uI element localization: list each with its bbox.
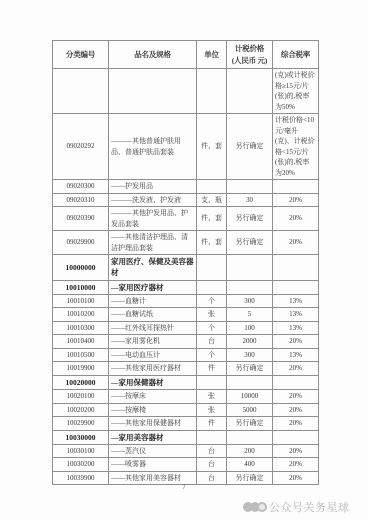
watermark: 公众号关务星球 [243,499,350,515]
cell-rate: 20% [273,207,319,231]
cell-rate [273,430,319,444]
cell-unit: 张 [197,403,227,417]
cell-rate [273,375,319,389]
cell-price: 5 [227,308,273,322]
cell-name: ——血糖计 [109,294,197,308]
cell-price [227,375,273,389]
cell-name [109,69,197,114]
table-row: 10010300——红外线耳探热针个10013% [53,321,319,335]
table-row: 09029900——其他清洁护理品、清洁护理品套装件、套另行确定20% [53,231,319,255]
cell-unit: 张 [197,390,227,404]
header-rate: 综合税率 [273,41,319,69]
table-row: 09020292———其他普通护肤用品、普通护肤品套装件、套另行确定计税价格<1… [53,114,319,180]
cell-rate: 20% [273,390,319,404]
cell-unit: 张 [197,308,227,322]
table-row: 10019900——其他家用医疗器材件另行确定20% [53,362,319,376]
cell-rate: 13% [273,294,319,308]
cell-unit: 件、套 [197,231,227,255]
cell-unit: 支、瓶 [197,193,227,207]
cell-rate: 计税价格<10元/毫升(克)、计税价格<15元/片(张)的,税率为20% [273,114,319,180]
table-row: 10020200——按摩椅张500020% [53,403,319,417]
cell-code: 09020390 [53,207,109,231]
cell-price: 30 [227,193,273,207]
cell-code: 10030100 [53,444,109,458]
cell-unit [197,255,227,281]
table-row: 09020390———其他护发用品、护发品套装件、套另行确定20% [53,207,319,231]
cell-rate: 20% [273,193,319,207]
cell-rate [273,255,319,281]
cell-unit: 件 [197,362,227,376]
table-row: 10020000—家用保健器材 [53,375,319,389]
cell-unit [197,280,227,294]
cell-price: 另行确定 [227,207,273,231]
cell-name: ——喷雾器 [109,458,197,472]
cell-unit: 台 [197,335,227,349]
cell-price [227,255,273,281]
cell-code [53,69,109,114]
cell-code: 09020292 [53,114,109,180]
cell-name: ——蒸汽仪 [109,444,197,458]
header-price: 计税价格 (人民币 元) [227,41,273,69]
watermark-text: 公众号关务星球 [269,499,350,515]
header-code: 分类编号 [53,41,109,69]
cell-rate: 20% [273,335,319,349]
cell-code: 09029900 [53,231,109,255]
tax-classification-table: 分类编号 品名及规格 单位 计税价格 (人民币 元) 综合税率 (克)或计税价格… [52,40,319,485]
cell-code: 10020100 [53,390,109,404]
table-row: 10010100——血糖计个30013% [53,294,319,308]
table-body: (克)或计税价格≥15元/片(张)的,税率为50%09020292———其他普通… [53,69,319,485]
cell-price [227,280,273,294]
cell-name: ———其他护发用品、护发品套装 [109,207,197,231]
cell-price: 200 [227,444,273,458]
cell-name: 家用医疗、保健及美容器材 [109,255,197,281]
table-row: 10010200——血糖试纸张513% [53,308,319,322]
watermark-logo [243,502,267,512]
table-row: 10030000—家用美容器材 [53,430,319,444]
cell-code: 10010400 [53,335,109,349]
cell-code: 10020000 [53,375,109,389]
cell-name: ——护发用品 [109,180,197,194]
table-header-row: 分类编号 品名及规格 单位 计税价格 (人民币 元) 综合税率 [53,41,319,69]
table-row: 10020100——按摩床张1000020% [53,390,319,404]
table-row: 09020300——护发用品 [53,180,319,194]
cell-code: 10010200 [53,308,109,322]
cell-code: 10029900 [53,417,109,431]
cell-name: ——按摩椅 [109,403,197,417]
cell-unit [197,180,227,194]
cell-rate: 13% [273,321,319,335]
table-row: 10029900——其他家用保健器材件另行确定20% [53,417,319,431]
cell-code: 10030200 [53,458,109,472]
table-row: 10030200——喷雾器台40020% [53,458,319,472]
cell-unit [197,430,227,444]
cell-name: ——电动血压计 [109,348,197,362]
cell-name: ———洗发液、护发液 [109,193,197,207]
cell-name: ——家用雾化机 [109,335,197,349]
cell-rate: 13% [273,348,319,362]
cell-rate: 20% [273,458,319,472]
cell-code: 10020200 [53,403,109,417]
cell-rate: 20% [273,403,319,417]
cell-unit: 件 [197,417,227,431]
cell-price: 300 [227,348,273,362]
cell-price: 2000 [227,335,273,349]
logo-circle-icon [257,502,267,512]
cell-unit: 台 [197,458,227,472]
cell-price: 100 [227,321,273,335]
cell-unit: 台 [197,444,227,458]
cell-price: 另行确定 [227,114,273,180]
cell-unit [197,69,227,114]
cell-name: —家用医疗器材 [109,280,197,294]
cell-unit: 件、套 [197,114,227,180]
cell-price: 300 [227,294,273,308]
cell-price: 另行确定 [227,362,273,376]
cell-price: 400 [227,458,273,472]
cell-rate: 20% [273,362,319,376]
cell-rate [273,180,319,194]
cell-price: 5000 [227,403,273,417]
cell-code: 10030000 [53,430,109,444]
cell-name: ——按摩床 [109,390,197,404]
cell-price: 10000 [227,390,273,404]
table-row: 10010500——电动血压计个30013% [53,348,319,362]
cell-price: 另行确定 [227,417,273,431]
table-row: 10010000—家用医疗器材 [53,280,319,294]
cell-price [227,180,273,194]
document-page: 分类编号 品名及规格 单位 计税价格 (人民币 元) 综合税率 (克)或计税价格… [0,0,368,520]
cell-rate [273,280,319,294]
cell-price [227,69,273,114]
table-row: 10010400——家用雾化机台200020% [53,335,319,349]
cell-code: 09020300 [53,180,109,194]
cell-rate: 20% [273,417,319,431]
cell-name: ———其他普通护肤用品、普通护肤品套装 [109,114,197,180]
cell-unit [197,375,227,389]
cell-code: 10010000 [53,280,109,294]
cell-price [227,430,273,444]
table-header: 分类编号 品名及规格 单位 计税价格 (人民币 元) 综合税率 [53,41,319,69]
page-number: 7 [0,483,368,491]
header-unit: 单位 [197,41,227,69]
cell-name: ——血糖试纸 [109,308,197,322]
cell-unit: 件、套 [197,207,227,231]
table-row: 10030100——蒸汽仪台20020% [53,444,319,458]
cell-name: —家用保健器材 [109,375,197,389]
cell-code: 10000000 [53,255,109,281]
cell-code: 10010100 [53,294,109,308]
cell-code: 10010500 [53,348,109,362]
cell-unit: 个 [197,294,227,308]
cell-code: 09020310 [53,193,109,207]
cell-name: ——其他清洁护理品、清洁护理品套装 [109,231,197,255]
cell-code: 10019900 [53,362,109,376]
table-row: 09020310———洗发液、护发液支、瓶3020% [53,193,319,207]
cell-rate: (克)或计税价格≥15元/片(张)的,税率为50% [273,69,319,114]
cell-price: 另行确定 [227,231,273,255]
cell-rate: 20% [273,444,319,458]
cell-name: ——其他家用保健器材 [109,417,197,431]
cell-unit: 个 [197,348,227,362]
cell-rate: 13% [273,308,319,322]
table-row: (克)或计税价格≥15元/片(张)的,税率为50% [53,69,319,114]
header-name: 品名及规格 [109,41,197,69]
cell-rate: 20% [273,231,319,255]
cell-name: ——其他家用医疗器材 [109,362,197,376]
cell-code: 10010300 [53,321,109,335]
cell-unit: 个 [197,321,227,335]
cell-name: —家用美容器材 [109,430,197,444]
cell-name: ——红外线耳探热针 [109,321,197,335]
table-row: 10000000家用医疗、保健及美容器材 [53,255,319,281]
